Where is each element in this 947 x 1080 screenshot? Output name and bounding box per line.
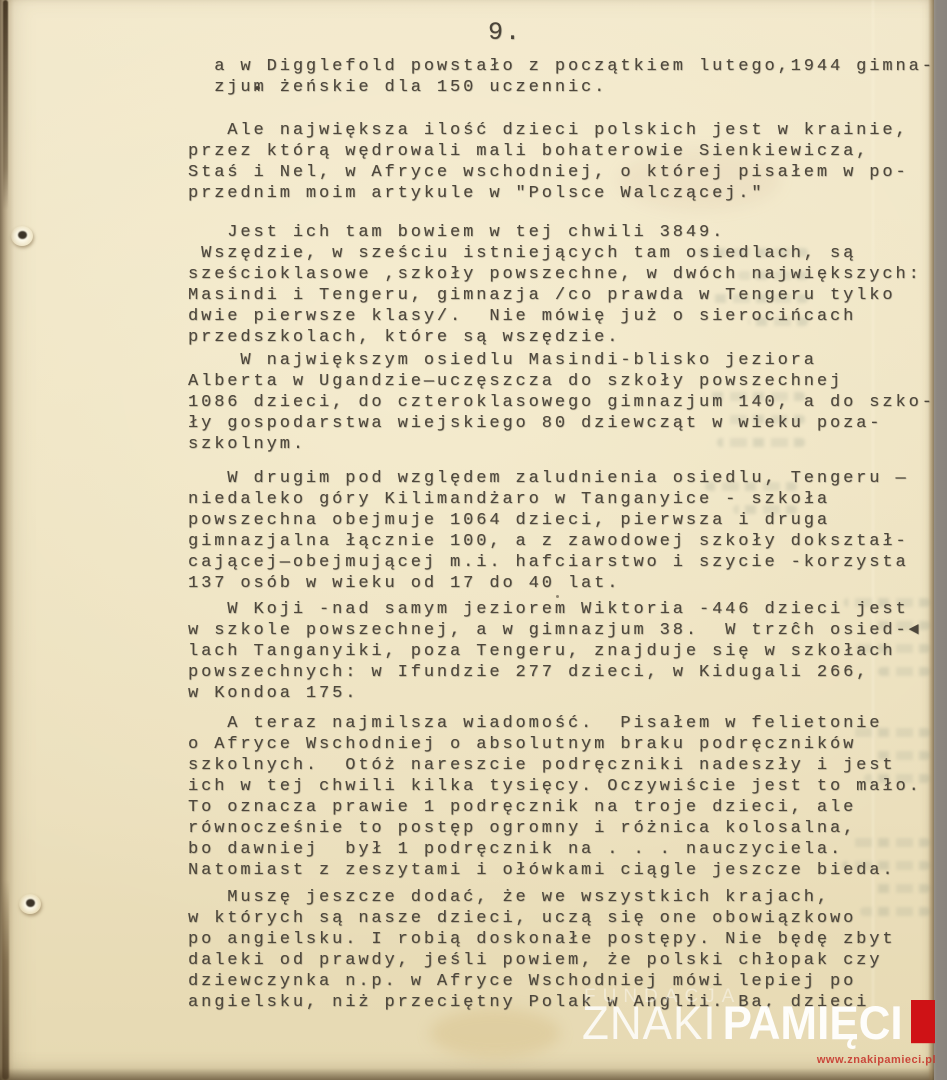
paragraph-8: Muszę jeszcze dodać, że we wszystkich kr… [188,887,896,1013]
paragraph-1: a w Digglefold powstało z początkiem lut… [188,56,935,98]
page-number: 9. [488,18,522,47]
ink-speck [556,595,559,598]
paragraph-4: W największym osiedlu Masindi-blisko jez… [188,350,935,455]
paragraph-3: Jest ich tam bowiem w tej chwili 3849. W… [188,222,922,348]
watermark-znaki-label: ZNAKI [582,997,717,1050]
paragraph-5: W drugim pod względem zaludnienia osiedl… [188,468,909,594]
paper-stain [430,1008,560,1058]
scanned-document-page: 9. a w Digglefold powstało z początkiem … [0,0,947,1080]
paragraph-6: W Koji -nad samym jeziorem Wiktoria -446… [188,599,922,704]
watermark-pamieci-label: PAMIĘCI [723,997,903,1050]
paper-sheet: 9. a w Digglefold powstało z początkiem … [0,0,934,1080]
paragraph-2: Ale największa ilość dzieci polskich jes… [188,120,909,204]
watermark-title: ZNAKIPAMIĘCI [582,1000,935,1048]
watermark-red-block [911,1000,935,1043]
watermark-url: www.znakipamieci.pl [817,1054,936,1066]
paper-left-edge-shadow-top [3,0,8,210]
paragraph-7: A teraz najmilsza wiadomość. Pisałem w f… [188,713,922,881]
paper-bottom-shadow [0,1068,934,1080]
paper-left-edge-shadow-bottom [2,880,9,1080]
